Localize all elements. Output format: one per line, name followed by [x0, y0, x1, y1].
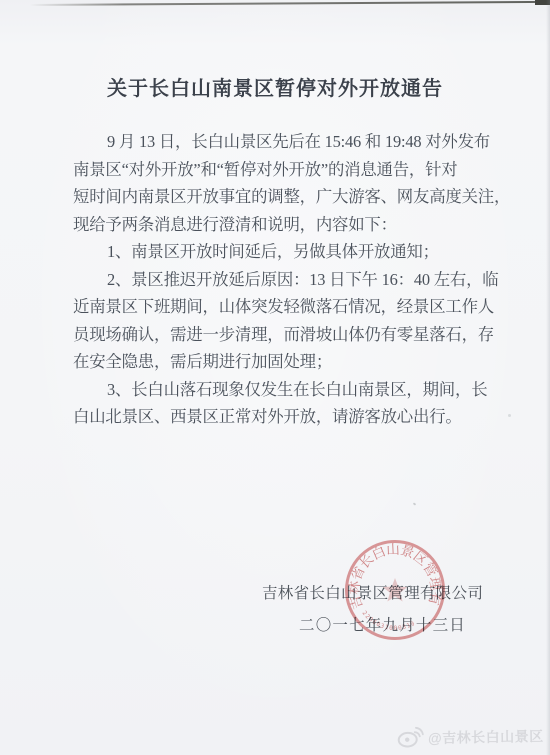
official-seal: 吉林省长白山景区管理有限公司 2206031000319: [343, 538, 447, 642]
body-line: 3、长白山落石现象仅发生在长白山南景区，期间，长: [73, 376, 503, 404]
seal-company-text: 吉林省长白山景区管理有限公司: [343, 538, 444, 611]
weibo-watermark: @吉林长白山景区: [397, 725, 544, 748]
body-line: 2、景区推迟开放延后原因：13 日下午 16：40 左右，临: [73, 266, 503, 294]
paper-speck: [413, 502, 417, 505]
body-line: 白山北景区、西景区正常对外开放，请游客放心出行。: [73, 403, 503, 431]
weibo-icon: [397, 724, 426, 749]
svg-text:2206031000319: 2206031000319: [361, 610, 417, 632]
body-line: 在安全隐患，需后期进行加固处理；: [73, 348, 503, 376]
body-line: 9 月 13 日，长白山景区先后在 15:46 和 19:48 对外发布: [73, 128, 503, 156]
scanned-notice-photo: 关于长白山南景区暂停对外开放通告 9 月 13 日，长白山景区先后在 15:46…: [0, 0, 550, 755]
svg-text:吉林省长白山景区管理有限公司: 吉林省长白山景区管理有限公司: [343, 538, 444, 611]
scan-edge-line: [30, 1, 550, 6]
body-line: 员现场确认，需进一步清理，而滑坡山体仍有零星落石，存: [73, 321, 503, 349]
body-line: 南景区“对外开放”和“暂停对外开放”的消息通告，针对: [73, 156, 503, 184]
seal-serial-number: 2206031000319: [361, 610, 417, 632]
paper-speck: [508, 414, 511, 417]
watermark-text: @吉林长白山景区: [428, 725, 544, 747]
body-line: 1、南景区开放时间延后，另做具体开放通知；: [73, 238, 503, 266]
body-line: 现给予两条消息进行澄清和说明，内容如下：: [73, 211, 503, 239]
scan-edge-shadow: [546, 0, 550, 755]
notice-body: 9 月 13 日，长白山景区先后在 15:46 和 19:48 对外发布 南景区…: [73, 128, 503, 431]
body-line: 近南景区下班期间，山体突发轻微落石情况，经景区工作人: [73, 293, 503, 321]
notice-title: 关于长白山南景区暂停对外开放通告: [0, 72, 550, 101]
seal-star: [383, 578, 408, 602]
body-line: 短时间内南景区开放事宜的调整，广大游客、网友高度关注，: [73, 183, 503, 211]
